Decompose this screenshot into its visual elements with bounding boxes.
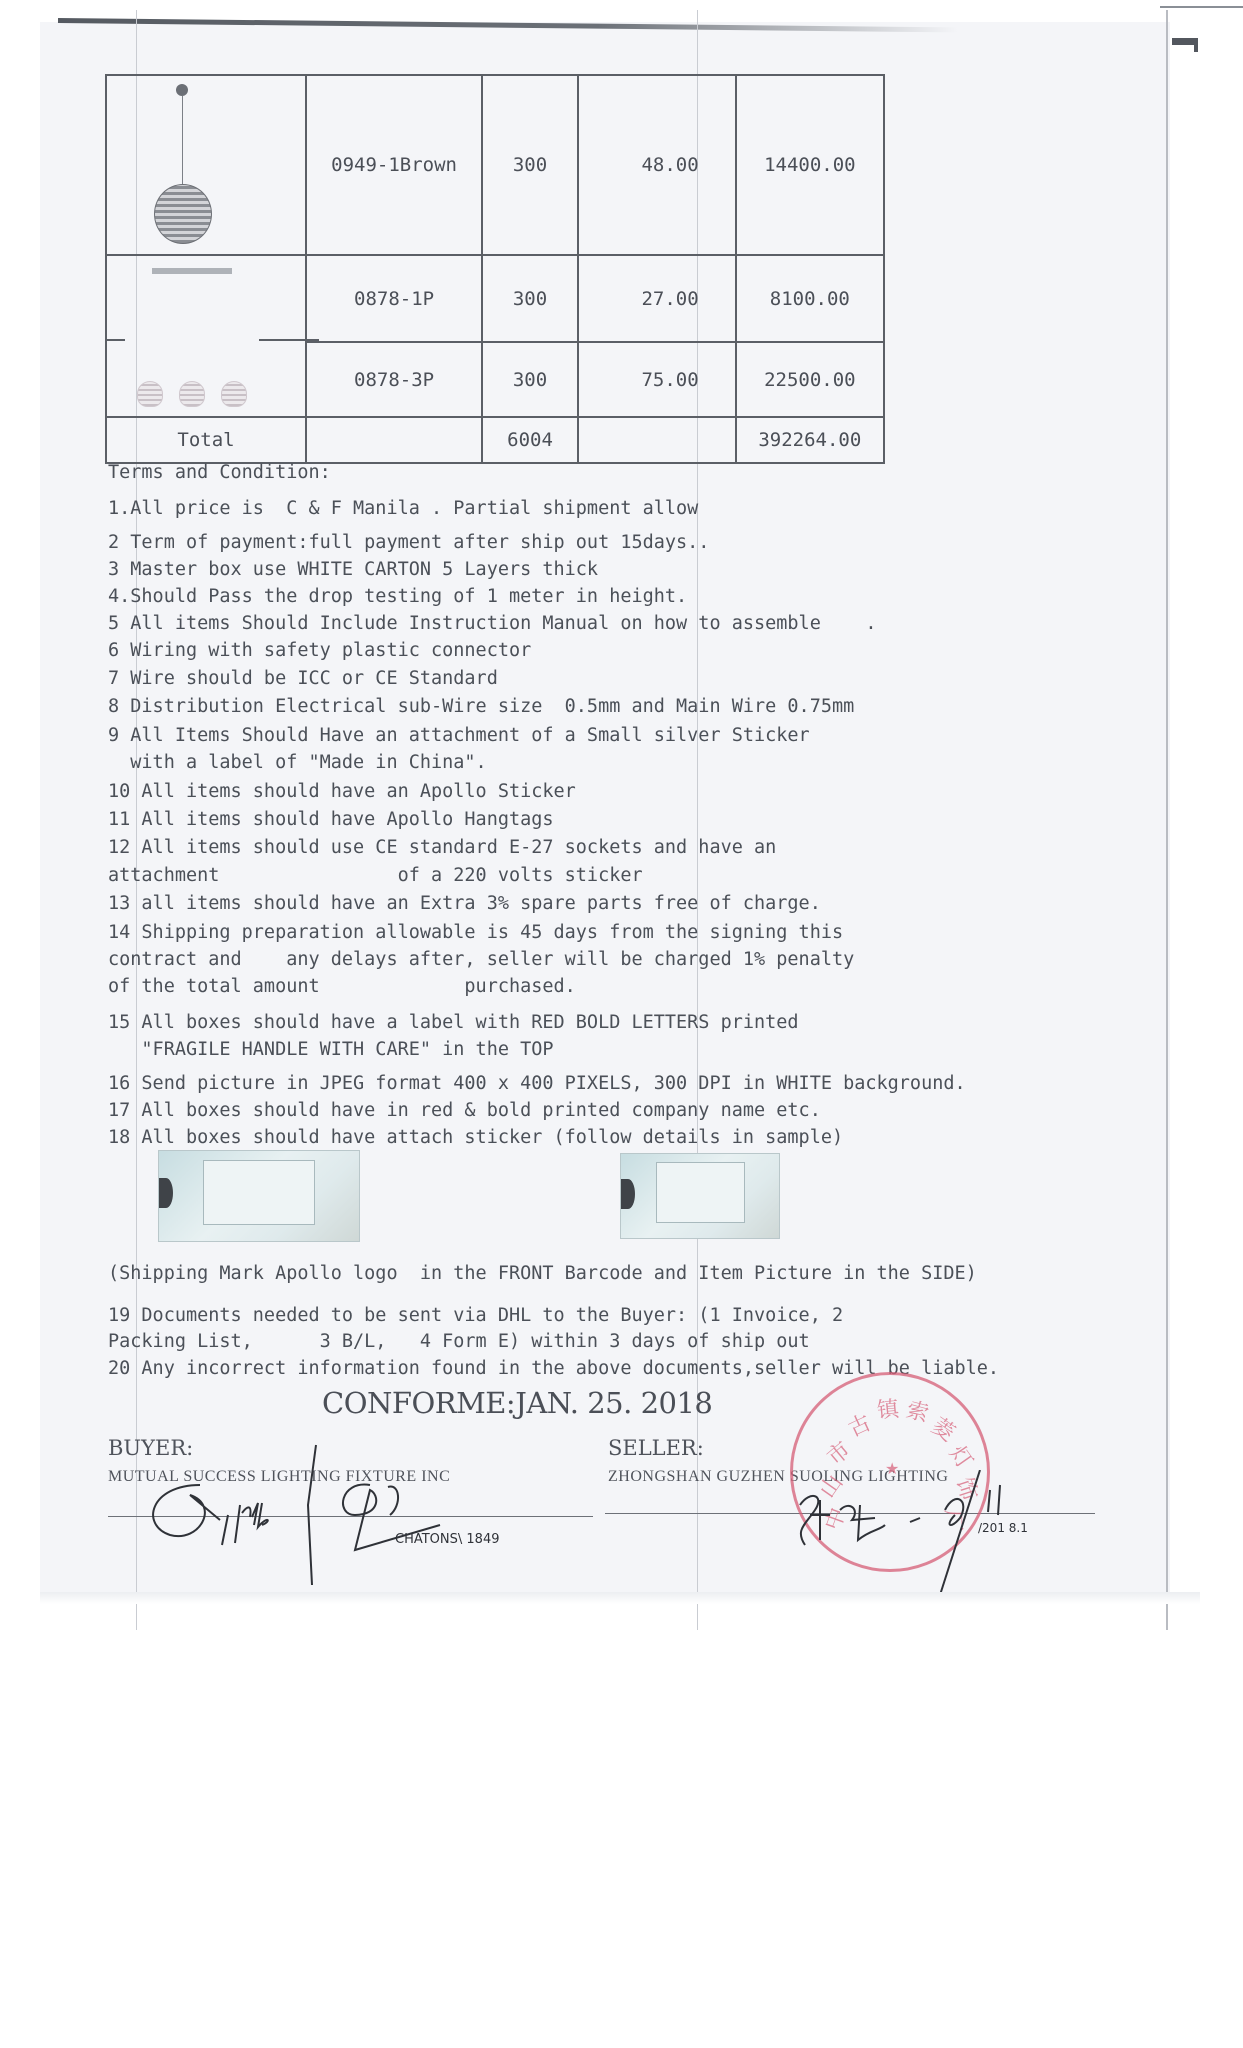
carton-sample-side-photo (620, 1153, 780, 1239)
item-qty: 300 (482, 255, 578, 342)
svg-text:CHATONS\ 1849: CHATONS\ 1849 (395, 1532, 499, 1547)
term-line: 12 All items should use CE standard E-27… (108, 837, 776, 858)
row-divider (259, 339, 319, 341)
svg-text:/201 8.1: /201 8.1 (978, 1521, 1028, 1535)
scan-edge-top-right (1160, 6, 1243, 8)
term-line: 16 Send picture in JPEG format 400 x 400… (108, 1073, 966, 1094)
item-amount: 22500.00 (736, 342, 884, 417)
seller-signature-icon: /201 8.1 (780, 1470, 1050, 1600)
terms-heading: Terms and Condition: (108, 462, 331, 483)
total-empty (578, 417, 736, 463)
table-row: 0949-1Brown 300 48.00 14400.00 (106, 75, 884, 255)
total-empty (306, 417, 482, 463)
term-line: contract and any delays after, seller wi… (108, 949, 854, 970)
corner-crop-mark (1172, 38, 1198, 45)
total-qty: 6004 (482, 417, 578, 463)
term-line: 14 Shipping preparation allowable is 45 … (108, 922, 843, 943)
page-edge-right (1166, 10, 1168, 1630)
pendant-globe-lamp-icon (162, 84, 202, 234)
term-line: Packing List, 3 B/L, 4 Form E) within 3 … (108, 1331, 810, 1352)
buyer-signature-icon: CHATONS\ 1849 (140, 1425, 560, 1615)
term-line: of the total amount purchased. (108, 976, 576, 997)
term-line: 2 Term of payment:full payment after shi… (108, 532, 709, 553)
term-line: 1.All price is C & F Manila . Partial sh… (108, 498, 698, 519)
total-amount: 392264.00 (736, 417, 884, 463)
item-image-cell (106, 75, 306, 255)
linear-pendant-bar-icon (152, 268, 232, 274)
term-line: 15 All boxes should have a label with RE… (108, 1012, 799, 1033)
term-line: attachment of a 220 volts sticker (108, 865, 643, 886)
row-divider (105, 339, 125, 341)
table-row: 0878-1P 300 27.00 8100.00 (106, 255, 884, 342)
term-line: 11 All items should have Apollo Hangtags (108, 809, 554, 830)
item-qty: 300 (482, 342, 578, 417)
seller-label: SELLER: (608, 1436, 704, 1460)
term-line: 7 Wire should be ICC or CE Standard (108, 668, 498, 689)
total-row: Total 6004 392264.00 (106, 417, 884, 463)
item-unit-price: 27.00 (578, 255, 736, 342)
term-line: with a label of "Made in China". (108, 752, 487, 773)
conforme-date: CONFORME:JAN. 25. 2018 (322, 1386, 712, 1420)
item-unit-price: 75.00 (578, 342, 736, 417)
term-line: 6 Wiring with safety plastic connector (108, 640, 531, 661)
term-line: 10 All items should have an Apollo Stick… (108, 781, 576, 802)
item-qty: 300 (482, 75, 578, 255)
item-image-cell (106, 255, 306, 417)
term-line: 17 All boxes should have in red & bold p… (108, 1100, 821, 1121)
item-code: 0878-1P (306, 255, 482, 342)
term-line: 5 All items Should Include Instruction M… (108, 613, 877, 634)
item-amount: 14400.00 (736, 75, 884, 255)
items-table: 0949-1Brown 300 48.00 14400.00 0878-1P 3… (105, 74, 885, 464)
term-line: 8 Distribution Electrical sub-Wire size … (108, 696, 854, 717)
term-line: 4.Should Pass the drop testing of 1 mete… (108, 586, 687, 607)
total-label: Total (106, 417, 306, 463)
term-line: 13 all items should have an Extra 3% spa… (108, 893, 821, 914)
carton-sample-front-photo (158, 1150, 360, 1242)
item-code: 0878-3P (306, 342, 482, 417)
item-amount: 8100.00 (736, 255, 884, 342)
term-line: "FRAGILE HANDLE WITH CARE" in the TOP (108, 1039, 554, 1060)
scan-edge-bottom (40, 1592, 1200, 1604)
term-line: 9 All Items Should Have an attachment of… (108, 725, 810, 746)
item-unit-price: 48.00 (578, 75, 736, 255)
term-line: 19 Documents needed to be sent via DHL t… (108, 1305, 843, 1326)
term-line: 18 All boxes should have attach sticker … (108, 1127, 843, 1148)
term-line: 3 Master box use WHITE CARTON 5 Layers t… (108, 559, 598, 580)
item-code: 0949-1Brown (306, 75, 482, 255)
shipping-mark-note: (Shipping Mark Apollo logo in the FRONT … (108, 1263, 977, 1284)
